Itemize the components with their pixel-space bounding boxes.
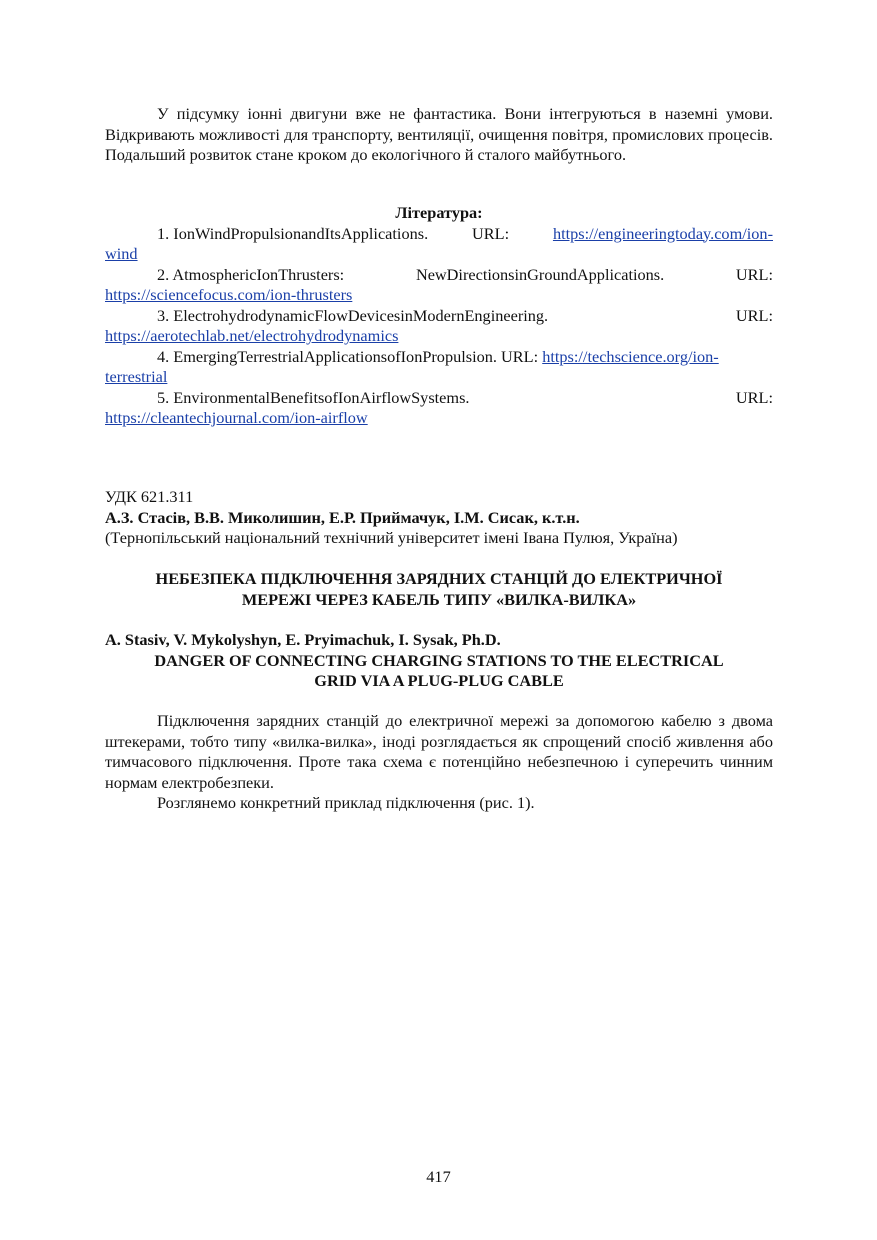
reference-item: 2. AtmosphericIonThrusters: NewDirection… [105, 265, 773, 306]
udc-code: УДК 621.311 [105, 487, 773, 508]
reference-link-continuation[interactable]: terrestrial [105, 367, 167, 386]
body-paragraph: Підключення зарядних станцій до електрич… [105, 711, 773, 793]
reference-title: EnvironmentalBenefitsofIonAirflowSystems… [173, 388, 469, 407]
authors-ua: А.З. Стасів, В.В. Миколишин, Е.Р. Прийма… [105, 508, 773, 529]
reference-title: IonWindPropulsionandItsApplications. [173, 224, 428, 243]
article-en-header: A. Stasiv, V. Mykolyshyn, E. Pryimachuk,… [105, 630, 773, 692]
conclusion-paragraph: У підсумку іонні двигуни вже не фантасти… [105, 104, 773, 166]
page-number: 417 [0, 1167, 877, 1187]
reference-link[interactable]: https://techscience.org/ion- [542, 347, 719, 366]
reference-title: AtmosphericIonThrusters: [172, 265, 344, 284]
reference-item: 3. ElectrohydrodynamicFlowDevicesinModer… [105, 306, 773, 347]
article-header: УДК 621.311 А.З. Стасів, В.В. Миколишин,… [105, 487, 773, 549]
reference-item: 4. EmergingTerrestrialApplicationsofIonP… [105, 347, 773, 388]
reference-item: 5. EnvironmentalBenefitsofIonAirflowSyst… [105, 388, 773, 429]
reference-link[interactable]: https://engineeringtoday.com/ion- [553, 224, 773, 245]
reference-link[interactable]: https://aerotechlab.net/electrohydrodyna… [105, 326, 398, 345]
reference-title: EmergingTerrestrialApplicationsofIonProp… [173, 347, 497, 366]
article-title-en-line1: DANGER OF CONNECTING CHARGING STATIONS T… [105, 651, 773, 672]
reference-item: 1. IonWindPropulsionandItsApplications. … [105, 224, 773, 265]
body-paragraph: Розглянемо конкретний приклад підключенн… [105, 793, 773, 814]
article-body: Підключення зарядних станцій до електрич… [105, 711, 773, 814]
reference-link-continuation[interactable]: wind [105, 244, 138, 263]
reference-title: ElectrohydrodynamicFlowDevicesinModernEn… [173, 306, 548, 325]
conclusion-section: У підсумку іонні двигуни вже не фантасти… [105, 104, 773, 166]
affiliation: (Тернопільський національний технічний у… [105, 528, 773, 549]
article-title-en-line2: GRID VIA A PLUG-PLUG CABLE [105, 671, 773, 692]
authors-en: A. Stasiv, V. Mykolyshyn, E. Pryimachuk,… [105, 630, 773, 651]
article-title-ua: НЕБЕЗПЕКА ПІДКЛЮЧЕННЯ ЗАРЯДНИХ СТАНЦІЙ Д… [105, 569, 773, 610]
reference-link[interactable]: https://cleantechjournal.com/ion-airflow [105, 408, 368, 427]
references-heading: Література: [105, 203, 773, 224]
references-section: Література: 1. IonWindPropulsionandItsAp… [105, 203, 773, 429]
reference-link[interactable]: https://sciencefocus.com/ion-thrusters [105, 285, 352, 304]
